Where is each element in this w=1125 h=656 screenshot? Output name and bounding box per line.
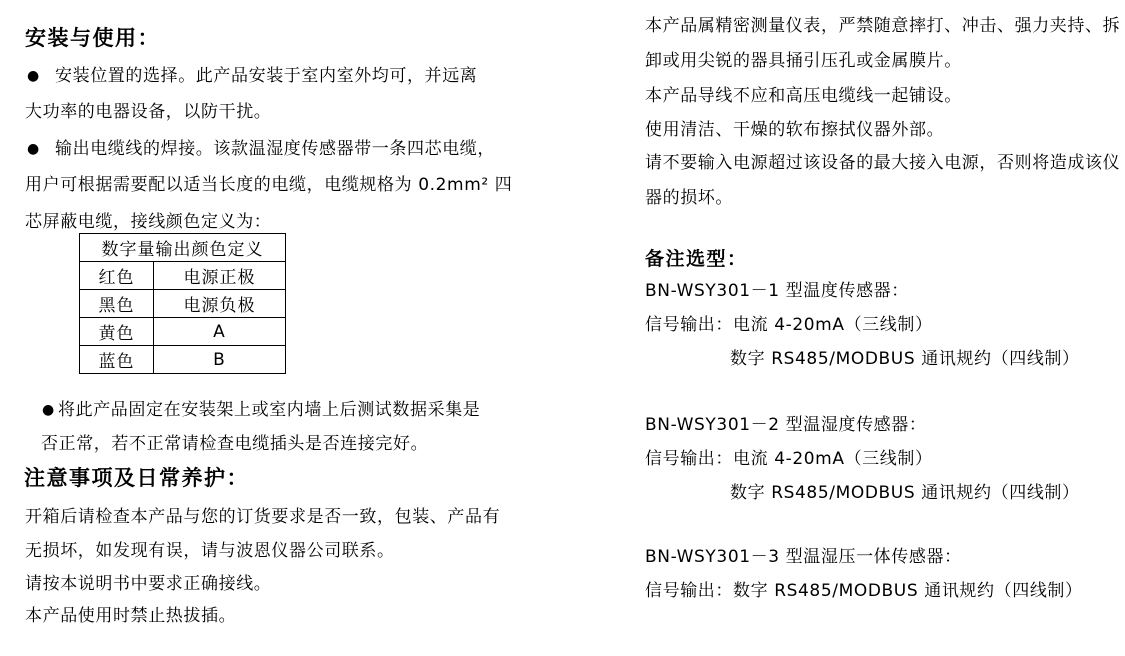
paragraph-line: 本产品属精密测量仪表，严禁随意摔打、冲击、强力夹持、拆 <box>645 14 1120 38</box>
wire-color-cell: 红色 <box>80 262 154 290</box>
table-title: 数字量输出颜色定义 <box>80 234 286 262</box>
table-row: 黑色 电源负极 <box>80 290 286 318</box>
wire-color-cell: 黑色 <box>80 290 154 318</box>
paragraph-line: 请按本说明书中要求正确接线。 <box>25 572 271 596</box>
wire-color-cell: 蓝色 <box>80 346 154 374</box>
model-signal-line: 信号输出：电流 4-20mA（三线制） <box>645 313 933 337</box>
paragraph-line: 大功率的电器设备，以防干扰。 <box>25 100 271 124</box>
wire-color-cell: 黄色 <box>80 318 154 346</box>
paragraph-line: 请不要输入电源超过该设备的最大接入电源，否则将造成该仪 <box>645 151 1120 175</box>
wire-definition-cell: 电源负极 <box>154 290 286 318</box>
bullet-text: 输出电缆线的焊接。该款温湿度传感器带一条四芯电缆， <box>55 139 495 159</box>
wire-definition-cell: 电源正极 <box>154 262 286 290</box>
model-signal-line: 数字 RS485/MODBUS 通讯规约（四线制） <box>730 347 1080 371</box>
wire-definition-cell: B <box>154 346 286 374</box>
bullet-item: ●安装位置的选择。此产品安装于室内室外均可，并远离 <box>27 64 477 88</box>
paragraph-line: 本产品使用时禁止热拔插。 <box>25 604 236 628</box>
table-row: 黄色 A <box>80 318 286 346</box>
bullet-text: 安装位置的选择。此产品安装于室内室外均可，并远离 <box>55 66 477 86</box>
model-signal-line: 信号输出：电流 4-20mA（三线制） <box>645 447 933 471</box>
paragraph-line: 无损坏，如发现有误，请与波恩仪器公司联系。 <box>25 539 395 563</box>
section-heading-install: 安装与使用： <box>25 22 160 52</box>
bullet-icon: ● <box>27 64 55 88</box>
paragraph-line: 开箱后请检查本产品与您的订货要求是否一致，包装、产品有 <box>25 505 500 529</box>
bullet-icon: ● <box>42 398 58 422</box>
paragraph-line: 卸或用尖锐的器具捅引压孔或金属膜片。 <box>645 49 962 73</box>
paragraph-line: 使用清洁、干燥的软布擦拭仪器外部。 <box>645 118 944 142</box>
model-signal-line: 数字 RS485/MODBUS 通讯规约（四线制） <box>730 481 1080 505</box>
manual-page: 安装与使用： ●安装位置的选择。此产品安装于室内室外均可，并远离 大功率的电器设… <box>0 0 1125 656</box>
paragraph-line: 芯屏蔽电缆，接线颜色定义为： <box>25 210 271 234</box>
table-header-row: 数字量输出颜色定义 <box>80 234 286 262</box>
bullet-icon: ● <box>27 137 55 161</box>
model-name: BN-WSY301－1 型温度传感器： <box>645 279 909 303</box>
digital-output-color-table: 数字量输出颜色定义 红色 电源正极 黑色 电源负极 黄色 A 蓝色 B <box>79 233 286 374</box>
bullet-text: 将此产品固定在安装架上或室内墙上后测试数据采集是 <box>58 400 480 420</box>
section-heading-options: 备注选型： <box>645 244 748 271</box>
model-name: BN-WSY301－2 型温湿度传感器： <box>645 413 926 437</box>
model-name: BN-WSY301－3 型温湿压一体传感器： <box>645 545 962 569</box>
model-signal-line: 信号输出：数字 RS485/MODBUS 通讯规约（四线制） <box>645 579 1083 603</box>
paragraph-line: 用户可根据需要配以适当长度的电缆，电缆规格为 0.2mm² 四 <box>25 173 512 197</box>
table-row: 红色 电源正极 <box>80 262 286 290</box>
paragraph-line: 器的损坏。 <box>645 186 733 210</box>
section-heading-care: 注意事项及日常养护： <box>24 462 249 492</box>
paragraph-line: 否正常，若不正常请检查电缆插头是否连接完好。 <box>41 432 428 456</box>
bullet-item: ●输出电缆线的焊接。该款温湿度传感器带一条四芯电缆， <box>27 137 495 161</box>
bullet-item: ●将此产品固定在安装架上或室内墙上后测试数据采集是 <box>42 398 480 422</box>
wire-definition-cell: A <box>154 318 286 346</box>
table-row: 蓝色 B <box>80 346 286 374</box>
paragraph-line: 本产品导线不应和高压电缆线一起铺设。 <box>645 84 962 108</box>
